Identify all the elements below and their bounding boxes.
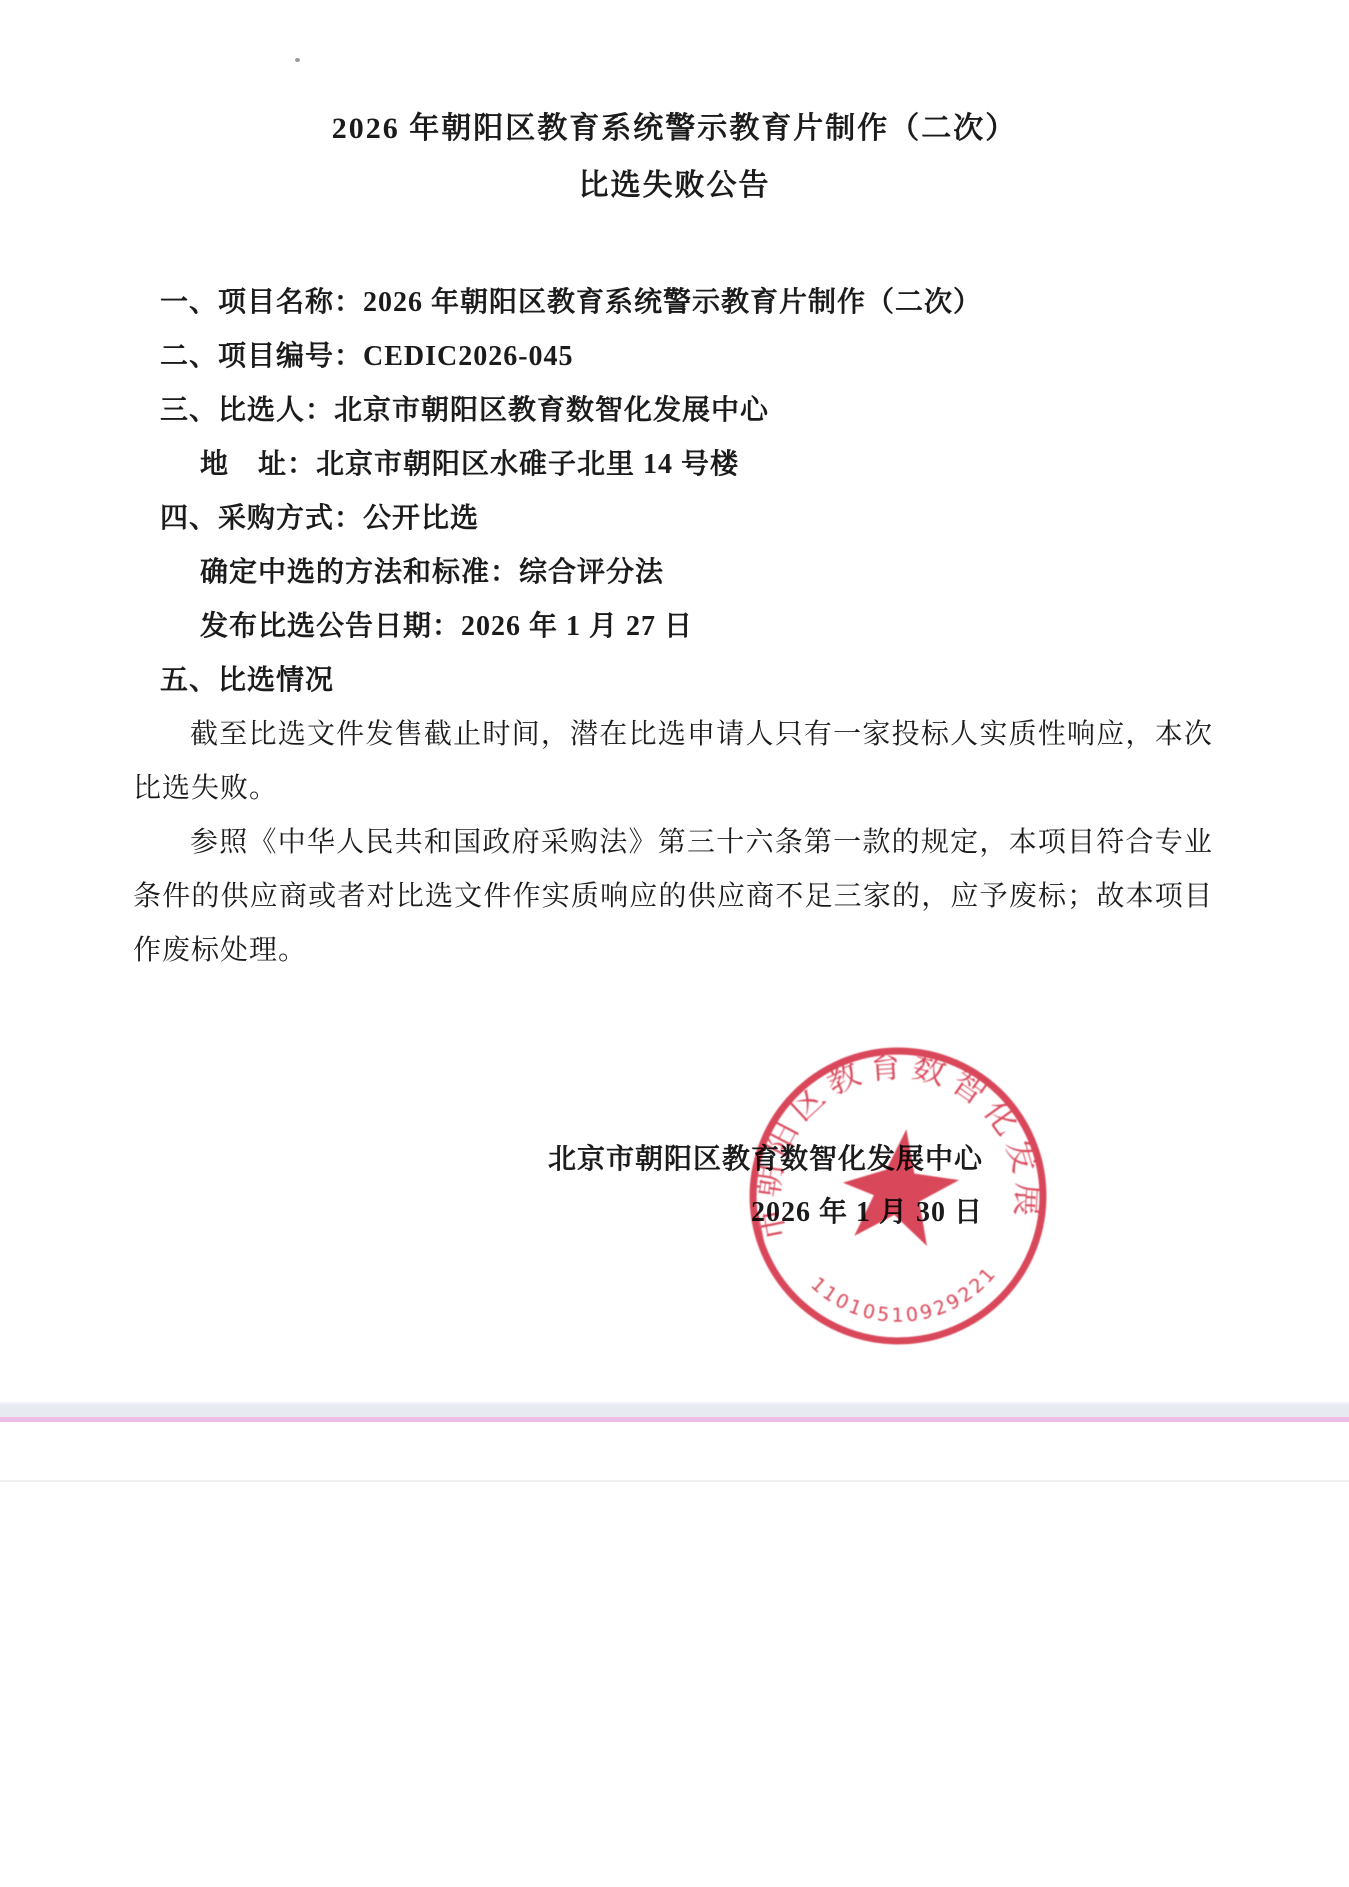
document-title-line2: 比选失败公告: [0, 157, 1349, 214]
scan-speck: [295, 58, 300, 62]
document-title-line1: 2026 年朝阳区教育系统警示教育片制作（二次）: [0, 100, 1349, 157]
list-item-project-name: 一、项目名称：2026 年朝阳区教育系统警示教育片制作（二次）: [0, 276, 1349, 330]
list-item-evaluation-method: 确定中选的方法和标准：综合评分法: [0, 546, 1349, 600]
list-item-announcement-date: 发布比选公告日期：2026 年 1 月 27 日: [0, 600, 1349, 654]
scan-artifact-pink-line: [0, 1417, 1349, 1422]
scan-artifact-band: [0, 1402, 1349, 1417]
list-item-selector: 三、比选人：北京市朝阳区教育数智化发展中心: [0, 384, 1349, 438]
list-item-selection-status: 五、比选情况: [0, 654, 1349, 708]
scan-artifact-faint-line: [0, 1480, 1349, 1482]
list-item-procurement-method: 四、采购方式：公开比选: [0, 492, 1349, 546]
document-page: 2026 年朝阳区教育系统警示教育片制作（二次） 比选失败公告 一、项目名称：2…: [0, 0, 1349, 1887]
official-seal: 北京市朝阳区教育数智化发展中心 11010510929221: [731, 1029, 1064, 1362]
body-paragraphs: 截至比选文件发售截止时间，潜在比选申请人只有一家投标人实质性响应，本次比选失败。…: [133, 708, 1213, 978]
info-list: 一、项目名称：2026 年朝阳区教育系统警示教育片制作（二次） 二、项目编号：C…: [0, 276, 1349, 708]
paragraph-legal-basis: 参照《中华人民共和国政府采购法》第三十六条第一款的规定，本项目符合专业条件的供应…: [133, 816, 1213, 978]
seal-star-icon: [839, 1126, 963, 1252]
paragraph-result: 截至比选文件发售截止时间，潜在比选申请人只有一家投标人实质性响应，本次比选失败。: [133, 708, 1213, 816]
list-item-address: 地 址：北京市朝阳区水碓子北里 14 号楼: [0, 438, 1349, 492]
list-item-project-number: 二、项目编号：CEDIC2026-045: [0, 330, 1349, 384]
document-title: 2026 年朝阳区教育系统警示教育片制作（二次） 比选失败公告: [0, 0, 1349, 214]
